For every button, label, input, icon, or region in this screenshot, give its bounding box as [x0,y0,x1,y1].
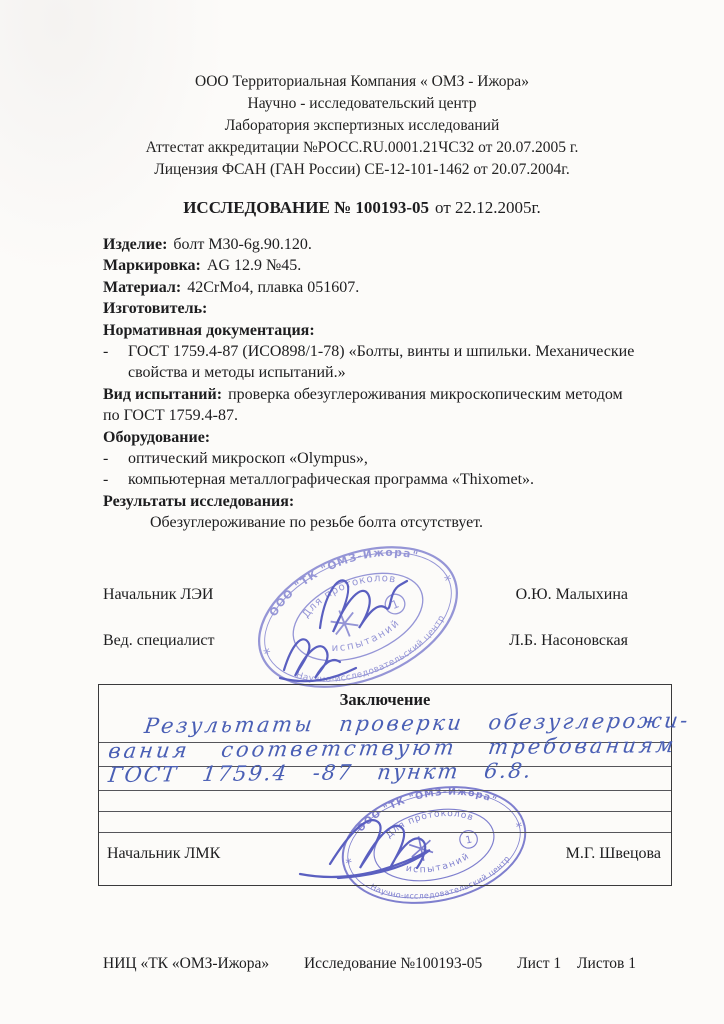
header-line: Научно - исследовательский центр [0,93,724,115]
field-value: ГОСТ 1759.4-87 (ИСО898/1-78) «Болты, вин… [128,343,634,360]
field-label: Оборудование: [103,429,210,446]
body-line: Результаты исследования: [103,491,648,512]
signer-role: Начальник ЛМК [107,845,220,863]
stamp-ring-top-text: ООО "ТК "ОМЗ-Ижора" [257,526,424,621]
ruled-line [99,832,671,833]
list-dash: - [103,448,128,469]
ruled-line [99,790,671,791]
body-line: Материал:42CrMo4, плавка 051607. [103,277,648,298]
signature-row: Начальник ЛЭИ О.Ю. Малыхина [103,586,628,604]
body-line: -оптический микроскоп «Olympus», [103,448,648,469]
field-value: AG 12.9 №45. [207,257,301,274]
handwritten-conclusion-line: ГОСТ 1759.4 -87 пункт 6.8. [107,759,534,787]
signature-row: Начальник ЛМК М.Г. Швецова [107,845,661,863]
document-title: ИССЛЕДОВАНИЕ № 100193-05от 22.12.2005г. [0,198,724,218]
body-line: Изготовитель: [103,298,648,319]
header-line: Лицензия ФСАН (ГАН России) СЕ-12-101-146… [0,159,724,181]
header-line: ООО Территориальная Компания « ОМЗ - Ижо… [0,71,724,93]
field-label: Нормативная документация: [103,322,315,339]
field-label: Изготовитель: [103,300,207,317]
document-body: Изделие:болт М30-6g.90.120. Маркировка:A… [103,234,648,534]
handwritten-conclusion-line: вания соответствуют требованиям [107,733,678,763]
field-value: Обезуглероживание по резьбе болта отсутс… [150,514,483,531]
signature-row: Вед. специалист Л.Б. Насоновская [103,632,628,650]
field-value: оптический микроскоп «Olympus», [128,450,368,467]
field-label: Маркировка: [103,257,201,274]
svg-text:ООО "ТК "ОМЗ-Ижора": ООО "ТК "ОМЗ-Ижора" [257,526,424,621]
conclusion-title: Заключение [99,690,671,710]
signer-role: Вед. специалист [103,632,214,650]
body-line: по ГОСТ 1759.4-87. [103,405,648,426]
body-line: -компьютерная металлографическая програм… [103,469,648,490]
field-value: по ГОСТ 1759.4-87. [103,407,238,424]
field-value: свойства и методы испытаний.» [128,364,346,381]
header-line: Лаборатория экспертизных исследований [0,115,724,137]
document-title-date: от 22.12.2005г. [435,198,541,217]
field-label: Изделие: [103,236,167,253]
body-line: свойства и методы испытаний.» [103,362,648,383]
signer-name: М.Г. Швецова [566,845,661,863]
field-value: болт М30-6g.90.120. [173,236,311,253]
footer-pagination: Лист 1 Листов 1 [517,955,636,973]
signer-name: Л.Б. Насоновская [509,632,628,650]
body-line: Изделие:болт М30-6g.90.120. [103,234,648,255]
list-dash: - [103,469,128,490]
document-footer: НИЦ «ТК «ОМЗ-Ижора» Исследование №100193… [103,955,636,973]
body-line: -ГОСТ 1759.4-87 (ИСО898/1-78) «Болты, ви… [103,341,648,362]
body-line: Маркировка:AG 12.9 №45. [103,255,648,276]
body-line: Обезуглероживание по резьбе болта отсутс… [103,512,648,533]
document-header: ООО Территориальная Компания « ОМЗ - Ижо… [0,71,724,181]
field-label: Результаты исследования: [103,493,294,510]
field-label: Материал: [103,279,181,296]
conclusion-box: Заключение Результаты проверки обезуглер… [98,684,672,886]
field-value: проверка обезуглероживания микроскопичес… [228,386,623,403]
signer-role: Начальник ЛЭИ [103,586,213,604]
scanned-document-page: ООО Территориальная Компания « ОМЗ - Ижо… [0,0,724,1024]
header-line: Аттестат аккредитации №РОСС.RU.0001.21ЧС… [0,137,724,159]
list-dash: - [103,341,128,362]
field-value: компьютерная металлографическая программ… [128,471,534,488]
ruled-line [99,811,671,812]
footer-doc-number: Исследование №100193-05 [304,955,482,973]
footer-org: НИЦ «ТК «ОМЗ-Ижора» [103,955,269,973]
body-line: Нормативная документация: [103,320,648,341]
document-title-number: ИССЛЕДОВАНИЕ № 100193-05 [183,198,429,217]
signer-name: О.Ю. Малыхина [516,586,628,604]
field-label: Вид испытаний: [103,386,222,403]
body-line: Оборудование: [103,427,648,448]
footer-sheets-total: Листов 1 [577,955,636,972]
field-value: 42CrMo4, плавка 051607. [187,279,359,296]
body-line: Вид испытаний:проверка обезуглероживания… [103,384,648,405]
footer-sheet: Лист 1 [517,955,561,972]
